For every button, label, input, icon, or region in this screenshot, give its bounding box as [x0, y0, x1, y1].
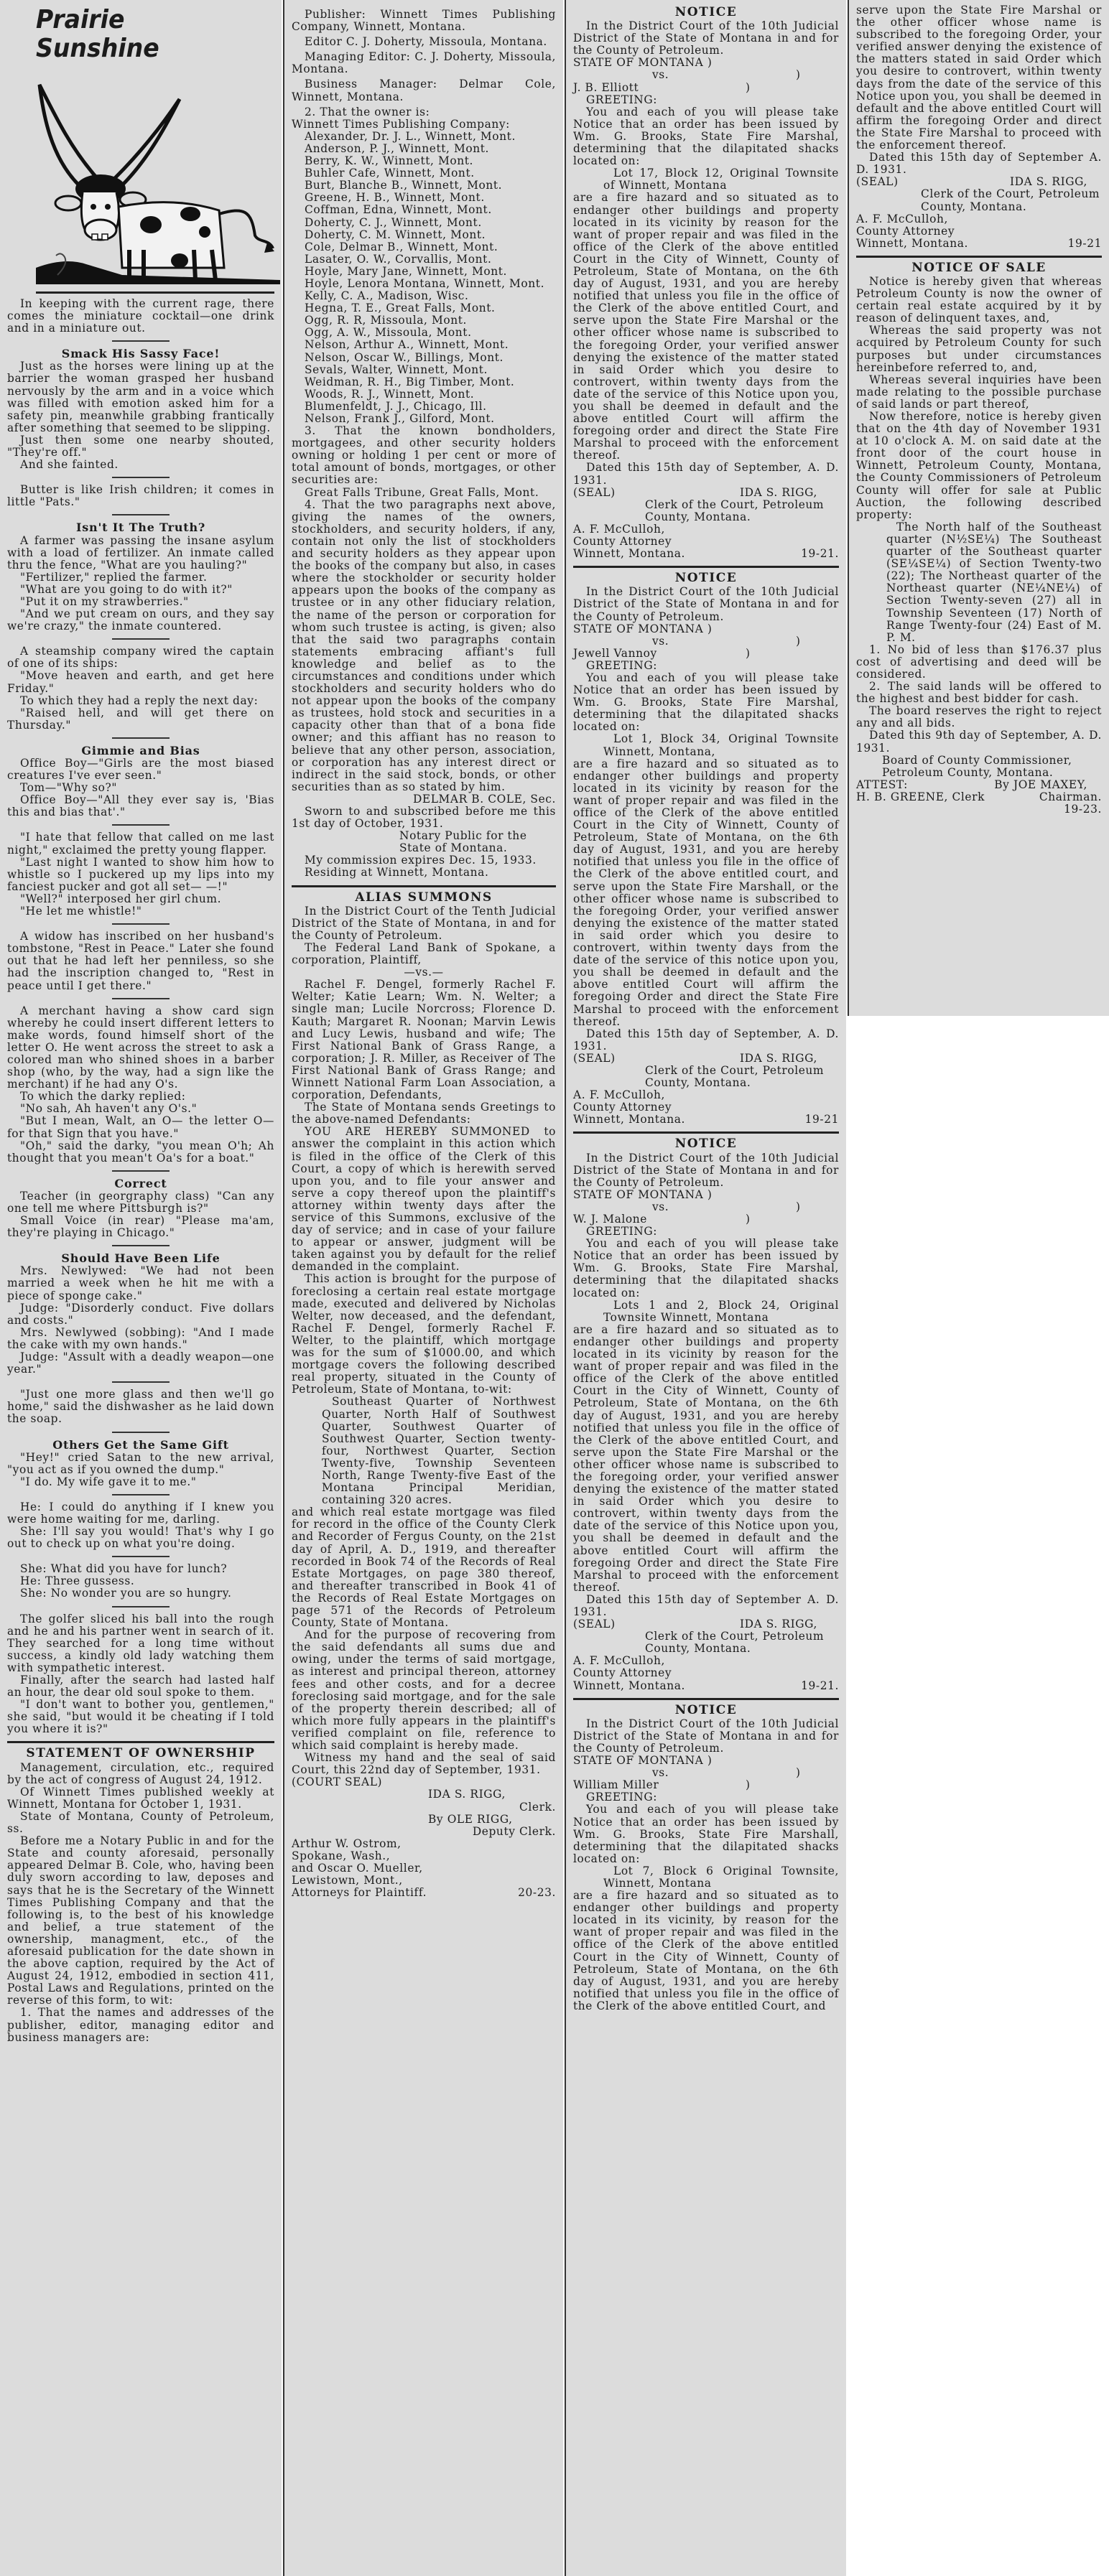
attorney-text: Spokane, Wash., — [292, 1850, 390, 1862]
heading-alias-summons: ALIAS SUMMONS — [292, 892, 556, 904]
owner-list-item: Doherty, C. M. Winnett, Mont. — [292, 229, 556, 241]
bracket: ) — [796, 1201, 801, 1213]
notice-4-city: Winnett, Montana. — [856, 238, 968, 250]
joke-lunch-p3: She: No wonder you are so hungry. — [7, 1587, 274, 1600]
joke-he-she-p2: She: I'll say you would! That's why I go… — [7, 1526, 274, 1550]
joke-gimmie-p2: Tom—"Why so?" — [7, 782, 274, 794]
notice-2-dated: Dated this 15th day of September, A. D. … — [573, 1028, 839, 1053]
attorney-line: Spokane, Wash., — [292, 1850, 556, 1862]
notice-2-run-code: 19-21 — [805, 1114, 839, 1126]
owner-list-item: Woods, R. J., Winnett, Mont. — [292, 388, 556, 401]
notice-3-city: Winnett, Montana. — [573, 1680, 685, 1692]
column-4: serve upon the State Fire Marshal or the… — [848, 0, 1109, 1016]
owner-list-item: Berry, K. W., Winnett, Mont. — [292, 155, 556, 167]
sale-attest: ATTEST: — [856, 779, 908, 791]
notice-1-title: NOTICE — [573, 6, 839, 19]
sale-dated: Dated this 9th day of September, A. D. 1… — [856, 729, 1102, 754]
joke-merchant-p3: "No sah, Ah haven't any O's." — [7, 1103, 274, 1115]
heading-should-have-been-life: Should Have Been Life — [7, 1252, 274, 1264]
divider — [112, 1381, 170, 1383]
notice-2-body-1: You and each of you will please take Not… — [573, 672, 839, 733]
notice-4-run-code: 19-21 — [1068, 238, 1102, 250]
sale-p3: Whereas several inquiries have been made… — [856, 374, 1102, 411]
notice-3-defendant-row: W. J. Malone) — [573, 1213, 839, 1226]
joke-correct-p2: Small Voice (in rear) "Please ma'am, the… — [7, 1215, 274, 1239]
owner-list-item: Alexander, Dr. J. L., Winnett, Mont. — [292, 131, 556, 143]
divider — [112, 1556, 170, 1557]
notice-4-footer: Winnett, Montana. 19-21 — [856, 238, 1102, 250]
notice-3-vs-row: vs.) — [573, 1201, 839, 1213]
notice-1-run-code: 19-21. — [801, 548, 839, 560]
owner-list-item: Hegna, T. E., Great Falls, Mont. — [292, 302, 556, 314]
summons-court: In the District Court of the Tenth Judic… — [292, 905, 556, 942]
bracket: ) — [796, 635, 801, 648]
notice-3-body-2: are a fire hazard and so situated as to … — [573, 1324, 839, 1594]
ownership-residing: Residing at Winnett, Montana. — [292, 867, 556, 879]
notice-2-body-2: are a fire hazard and so situated as to … — [573, 758, 839, 1028]
notice-4-greeting: GREETING: — [573, 1791, 839, 1803]
owner-list-item: Kelly, C. A., Madison, Wisc. — [292, 290, 556, 302]
joke-life-p3: Mrs. Newlywed (sobbing): "And I made the… — [7, 1327, 274, 1351]
notice-1-attorney-title: County Attorney — [573, 536, 839, 548]
joke-truth-p5: "And we put cream on ours, and they say … — [7, 608, 274, 633]
owner-list-item: Ogg, R. R, Missoula, Mont. — [292, 314, 556, 327]
attorney-line: and Oscar O. Mueller, — [292, 1862, 556, 1875]
ownership-p7: 4. That the two paragraphs next above, g… — [292, 499, 556, 793]
summons-seal: (COURT SEAL) — [292, 1776, 556, 1788]
joke-golf-p1: The golfer sliced his ball into the roug… — [7, 1613, 274, 1674]
notice-2-seal: (SEAL) — [573, 1053, 616, 1065]
owner-list-item: Blumenfeldt, J. J., Chicago, Ill. — [292, 401, 556, 413]
notice-2-seal-row: (SEAL)IDA S. RIGG, — [573, 1053, 839, 1065]
joke-widow: A widow has inscribed on her husband's t… — [7, 930, 274, 991]
notice-2-vs: vs. — [573, 635, 796, 648]
summons-defendants: Rachel F. Dengel, formerly Rachel F. Wel… — [292, 979, 556, 1101]
notice-4-continued: serve upon the State Fire Marshal or the… — [856, 4, 1102, 151]
notice-3-attorney: A. F. McCulloh, — [573, 1655, 839, 1667]
owner-list-item: Ogg, A. W., Missoula, Mont. — [292, 327, 556, 339]
owner-list-item: Nelson, Oscar W., Billings, Mont. — [292, 352, 556, 364]
notice-3-footer: Winnett, Montana.19-21. — [573, 1680, 839, 1692]
notice-4-clerk: IDA S. RIGG, — [1010, 176, 1087, 188]
notice-2-defendant: Jewell Vannoy — [573, 648, 746, 660]
notice-1-defendant-row: J. B. Elliott) — [573, 82, 839, 94]
divider — [112, 638, 170, 640]
bracket: ) — [796, 69, 801, 81]
notice-3-run-code: 19-21. — [801, 1680, 839, 1692]
joke-flapper-p1: "I hate that fellow that called on me la… — [7, 831, 274, 856]
joke-he-she-p1: He: I could do anything if I knew you we… — [7, 1501, 274, 1526]
joke-flapper-p3: "Well?" interposed her girl chum. — [7, 893, 274, 905]
notice-1-court: In the District Court of the 10th Judici… — [573, 20, 839, 57]
notice-1-defendant: J. B. Elliott — [573, 82, 746, 94]
owner-list-item: Burt, Blanche B., Winnett, Mont. — [292, 179, 556, 192]
joke-butter: Butter is like Irish children; it comes … — [7, 484, 274, 508]
notice-2-title: NOTICE — [573, 572, 839, 584]
bracket: ) — [796, 1767, 801, 1779]
notice-2-city: Winnett, Montana. — [573, 1114, 685, 1126]
joke-truth-p2: "Fertilizer," replied the farmer. — [7, 571, 274, 584]
notice-2: NOTICEIn the District Court of the 10th … — [573, 572, 839, 1134]
notice-3-clerk: IDA S. RIGG, — [740, 1618, 817, 1630]
joke-steamship-p2: "Move heaven and earth, and get here Fri… — [7, 670, 274, 694]
owner-list-item: Sevals, Walter, Winnett, Mont. — [292, 364, 556, 376]
notice-3-greeting: GREETING: — [573, 1226, 839, 1238]
owner-list-item: Anderson, P. J., Winnett, Mont. — [292, 143, 556, 155]
joke-golf-p2: Finally, after the search had lasted hal… — [7, 1674, 274, 1699]
notice-1-vs-row: vs.) — [573, 69, 839, 81]
divider — [573, 566, 839, 568]
notice-4-court: In the District Court of the 10th Judici… — [573, 1718, 839, 1755]
notice-2-court: In the District Court of the 10th Judici… — [573, 586, 839, 622]
bracket: ) — [746, 82, 751, 94]
notice-1-attorney: A. F. McCulloh, — [573, 523, 839, 536]
owner-list-item: Nelson, Arthur A., Winnett, Mont. — [292, 339, 556, 351]
summons-witness: Witness my hand and the seal of said Cou… — [292, 1752, 556, 1776]
ownership-signature: DELMAR B. COLE, Sec. — [292, 793, 556, 806]
ownership-commission: My commission expires Dec. 15, 1933. — [292, 854, 556, 867]
notice-3-title: NOTICE — [573, 1138, 839, 1150]
joke-cocktail: In keeping with the current rage, there … — [7, 298, 274, 335]
joke-merchant-p2: To which the darky replied: — [7, 1091, 274, 1103]
sale-chairman: Chairman. — [1039, 791, 1102, 803]
notice-1-dated: Dated this 15th day of September, A. D. … — [573, 462, 839, 486]
notice-4-state: STATE OF MONTANA ) — [573, 1755, 839, 1767]
notice-4-body-2: are a fire hazard and so situated as to … — [573, 1890, 839, 2012]
notice-3-vs: vs. — [573, 1201, 796, 1213]
notice-2-state: STATE OF MONTANA ) — [573, 623, 839, 635]
joke-truth-p3: "What are you going to do with it?" — [7, 584, 274, 596]
divider — [112, 1170, 170, 1172]
notice-3: NOTICEIn the District Court of the 10th … — [573, 1138, 839, 1699]
ownership-p5: 1. That the names and addresses of the p… — [7, 2007, 274, 2043]
joke-sassy-p2: Just then some one nearby shouted, "They… — [7, 434, 274, 459]
heading-truth: Isn't It The Truth? — [7, 521, 274, 533]
summons-clerk-name: IDA S. RIGG, — [292, 1788, 556, 1801]
notice-4-vs: vs. — [573, 1767, 796, 1779]
notice-2-attorney: A. F. McCulloh, — [573, 1089, 839, 1101]
sale-p2: Whereas the said property was not acquir… — [856, 325, 1102, 373]
divider — [112, 1606, 170, 1607]
heading-gimmie-bias: Gimmie and Bias — [7, 745, 274, 757]
owner-list-item: Hoyle, Lenora Montana, Winnett, Mont. — [292, 278, 556, 290]
joke-flapper-p2: "Last night I wanted to show him how to … — [7, 857, 274, 893]
divider — [112, 998, 170, 999]
sale-term-2: 2. The said lands will be offered to the… — [856, 681, 1102, 705]
summons-greetings: The State of Montana sends Greetings to … — [292, 1101, 556, 1126]
notice-3-attorney-title: County Attorney — [573, 1667, 839, 1679]
divider — [856, 256, 1102, 258]
notice-2-footer: Winnett, Montana.19-21 — [573, 1114, 839, 1126]
sale-run-code: 19-23. — [856, 803, 1102, 816]
notice-1-vs: vs. — [573, 69, 796, 81]
joke-lunch-p2: He: Three gussess. — [7, 1575, 274, 1587]
prairie-sunshine-title: Prairie Sunshine — [36, 6, 255, 63]
summons-run-code: 20-23. — [518, 1887, 556, 1899]
joke-merchant-p1: A merchant having a show card sign where… — [7, 1005, 274, 1091]
summons-deputy-title: Deputy Clerk. — [292, 1826, 556, 1838]
heading-notice-of-sale: NOTICE OF SALE — [856, 262, 1102, 274]
attorney-line: Lewistown, Mont., — [292, 1875, 556, 1887]
joke-truth-p4: "Put it on my strawberries." — [7, 596, 274, 608]
sale-board: Board of County Commissioner, Petroleum … — [856, 755, 1102, 779]
joke-lunch-p1: She: What did you have for lunch? — [7, 1563, 274, 1575]
divider — [112, 477, 170, 478]
notice-4-body-1: You and each of you will please take Not… — [573, 1803, 839, 1865]
divider — [7, 1741, 274, 1743]
summons-vs: —vs.— — [292, 966, 556, 979]
joke-golf-p3: "I don't want to bother you, gentlemen,"… — [7, 1699, 274, 1735]
notice-3-defendant: W. J. Malone — [573, 1213, 746, 1226]
joke-glass: "Just one more glass and then we'll go h… — [7, 1389, 274, 1425]
ownership-notary: Notary Public for the State of Montana. — [292, 830, 556, 854]
column-2: Publisher: Winnett Times Publishing Comp… — [283, 0, 563, 2576]
joke-steamship-p4: "Raised hell, and will get there on Thur… — [7, 707, 274, 732]
summons-recovering: And for the purpose of recovering from t… — [292, 1629, 556, 1752]
notice-4-seal: (SEAL) — [856, 176, 899, 188]
attorney-text: Attorneys for Plaintiff. — [292, 1887, 427, 1899]
attorney-line: Arthur W. Ostrom, — [292, 1838, 556, 1850]
column-1: Prairie Sunshine — [0, 0, 282, 2576]
joke-life-p2: Judge: "Disorderly conduct. Five dollars… — [7, 1302, 274, 1327]
notice-4-attorney-title: County Attorney — [856, 225, 1102, 238]
heading-sassy-face: Smack His Sassy Face! — [7, 347, 274, 360]
owner-list-item: Lasater, O. W., Corvallis, Mont. — [292, 253, 556, 266]
owner-list-item: Coffman, Edna, Winnett, Mont. — [292, 204, 556, 216]
heading-statement-of-ownership: STATEMENT OF OWNERSHIP — [7, 1747, 274, 1760]
ownership-managing-editor: Managing Editor: C. J. Doherty, Missoula… — [292, 51, 556, 75]
ownership-owner-intro: 2. That the owner is: — [292, 106, 556, 118]
divider — [112, 340, 170, 342]
notice-3-court: In the District Court of the 10th Judici… — [573, 1152, 839, 1189]
owner-list-item: Nelson, Frank J., Gilford, Mont. — [292, 413, 556, 425]
column-3: NOTICEIn the District Court of the 10th … — [565, 0, 846, 2576]
sale-by: By JOE MAXEY, — [994, 779, 1087, 791]
notice-3-seal: (SEAL) — [573, 1618, 616, 1630]
divider — [112, 514, 170, 515]
notice-4-defendant: William Miller — [573, 1779, 746, 1791]
notice-1-body-1: You and each of you will please take Not… — [573, 106, 839, 167]
notice-2-lot: Lot 1, Block 34, Original Townsite Winne… — [573, 733, 839, 757]
notice-2-clerk-title: Clerk of the Court, Petroleum County, Mo… — [573, 1065, 839, 1089]
notice-2-greeting: GREETING: — [573, 660, 839, 672]
sale-clerk-row: H. B. GREENE, Clerk Chairman. — [856, 791, 1102, 803]
sale-term-1: 1. No bid of less than $176.37 plus cost… — [856, 644, 1102, 681]
divider — [573, 1698, 839, 1700]
notice-3-clerk-title: Clerk of the Court, Petroleum County, Mo… — [573, 1630, 839, 1655]
summons-plaintiff: The Federal Land Bank of Spokane, a corp… — [292, 942, 556, 966]
ownership-p2: Of Winnett Times published weekly at Win… — [7, 1786, 274, 1811]
notice-1-seal-row: (SEAL)IDA S. RIGG, — [573, 487, 839, 499]
ownership-editor: Editor C. J. Doherty, Missoula, Montana. — [292, 36, 556, 48]
joke-truth-p1: A farmer was passing the insane asylum w… — [7, 535, 274, 571]
summons-clerk-title: Clerk. — [292, 1801, 556, 1814]
notice-1-clerk-title: Clerk of the Court, Petroleum County, Mo… — [573, 499, 839, 523]
notice-4-title: NOTICE — [573, 1704, 839, 1717]
joke-sassy-p1: Just as the horses were lining up at the… — [7, 360, 274, 434]
ownership-publisher: Publisher: Winnett Times Publishing Comp… — [292, 9, 556, 33]
notice-1: NOTICEIn the District Court of the 10th … — [573, 6, 839, 568]
notice-3-state: STATE OF MONTANA ) — [573, 1189, 839, 1201]
sale-p1: Notice is hereby given that whereas Petr… — [856, 276, 1102, 325]
sale-p4: Now therefore, notice is hereby given th… — [856, 411, 1102, 521]
notice-2-defendant-row: Jewell Vannoy) — [573, 648, 839, 660]
joke-life-p1: Mrs. Newlywed: "We had not been married … — [7, 1265, 274, 1302]
owner-list-item: Cole, Delmar B., Winnett, Mont. — [292, 241, 556, 253]
divider — [573, 1131, 839, 1134]
notice-4-defendant-row: William Miller) — [573, 1779, 839, 1791]
ownership-business-manager: Business Manager: Delmar Cole, Winnett, … — [292, 78, 556, 103]
bracket: ) — [746, 648, 751, 660]
ownership-p4: Before me a Notary Public in and for the… — [7, 1835, 274, 2007]
summons-summoned: YOU ARE HEREBY SUMMONED to answer the co… — [292, 1126, 556, 1273]
sale-attest-row: ATTEST: By JOE MAXEY, — [856, 779, 1102, 791]
divider — [112, 737, 170, 739]
joke-merchant-p4: "But I mean, Walt, an O— the letter O— f… — [7, 1115, 274, 1139]
joke-gift-p1: "Hey!" cried Satan to the new arrival, "… — [7, 1452, 274, 1476]
ownership-owner-company: Winnett Times Publishing Company: — [292, 118, 556, 131]
notice-3-body-1: You and each of you will please take Not… — [573, 1238, 839, 1299]
summons-purpose: This action is brought for the purpose o… — [292, 1273, 556, 1396]
attorney-text: Arthur W. Ostrom, — [292, 1838, 402, 1850]
ownership-bondholder: Great Falls Tribune, Great Falls, Mont. — [292, 487, 556, 499]
summons-attorneys: Arthur W. Ostrom,Spokane, Wash.,and Osca… — [292, 1838, 556, 1899]
sale-clerk: H. B. GREENE, Clerk — [856, 791, 985, 803]
heading-correct: Correct — [7, 1177, 274, 1190]
attorney-text: Lewistown, Mont., — [292, 1875, 403, 1887]
divider — [112, 923, 170, 925]
joke-sassy-p3: And she fainted. — [7, 459, 274, 471]
joke-gimmie-p1: Office Boy—"Girls are the most biased cr… — [7, 757, 274, 782]
notice-1-seal: (SEAL) — [573, 487, 616, 499]
attorney-text: and Oscar O. Mueller, — [292, 1862, 423, 1875]
longhorn-cow-cartoon-icon — [36, 70, 280, 286]
ownership-p6: 3. That the known bondholders, mortgagee… — [292, 425, 556, 486]
notice-1-greeting: GREETING: — [573, 94, 839, 106]
summons-deputy-name: By OLE RIGG, — [292, 1814, 556, 1826]
notice-1-clerk: IDA S. RIGG, — [740, 487, 817, 499]
notice-4-vs-row: vs.) — [573, 1767, 839, 1779]
notice-2-attorney-title: County Attorney — [573, 1101, 839, 1114]
notice-1-lot: Lot 17, Block 12, Original Townsite of W… — [573, 167, 839, 192]
joke-merchant-p5: "Oh," said the darky, "you mean O'h; Ah … — [7, 1140, 274, 1165]
notice-4-lot: Lot 7, Block 6 Original Townsite, Winnet… — [573, 1865, 839, 1890]
joke-gift-p2: "I do. My wife gave it to me." — [7, 1476, 274, 1488]
divider — [112, 1494, 170, 1495]
sale-property: The North half of the Southeast quarter … — [856, 521, 1102, 644]
owner-list-item: Hoyle, Mary Jane, Winnett, Mont. — [292, 266, 556, 278]
owners-list: Alexander, Dr. J. L., Winnett, Mont.Ande… — [292, 131, 556, 425]
notice-2-clerk: IDA S. RIGG, — [740, 1053, 817, 1065]
divider — [292, 885, 556, 887]
owner-list-item: Doherty, C. J., Winnett, Mont. — [292, 217, 556, 229]
notice-3-seal-row: (SEAL)IDA S. RIGG, — [573, 1618, 839, 1630]
notices-column-3: NOTICEIn the District Court of the 10th … — [573, 6, 839, 2012]
notice-1-body-2: are a fire hazard and so situated as to … — [573, 192, 839, 462]
ownership-p1: Management, circulation, etc., required … — [7, 1762, 274, 1786]
notice-1-city: Winnett, Montana. — [573, 548, 685, 560]
notice-1-state: STATE OF MONTANA ) — [573, 57, 839, 69]
heading-same-gift: Others Get the Same Gift — [7, 1439, 274, 1451]
ownership-p3: State of Montana, County of Petroleum, s… — [7, 1811, 274, 1835]
notice-4: NOTICEIn the District Court of the 10th … — [573, 1704, 839, 2012]
summons-recorded: and which real estate mortgage was filed… — [292, 1506, 556, 1629]
summons-property: Southeast Quarter of Northwest Quarter, … — [292, 1396, 556, 1506]
joke-flapper-p4: "He let me whistle!" — [7, 905, 274, 918]
joke-correct-p1: Teacher (in georgraphy class) "Can any o… — [7, 1190, 274, 1215]
divider — [112, 1245, 170, 1246]
joke-steamship-p3: To which they had a reply the next day: — [7, 695, 274, 707]
notice-3-dated: Dated this 15th day of September A. D. 1… — [573, 1594, 839, 1618]
notice-4-clerk-title: Clerk of the Court, Petroleum County, Mo… — [856, 188, 1102, 213]
notice-1-footer: Winnett, Montana.19-21. — [573, 548, 839, 560]
owner-list-item: Buhler Cafe, Winnett, Mont. — [292, 167, 556, 179]
notice-2-vs-row: vs.) — [573, 635, 839, 648]
divider — [112, 824, 170, 826]
divider — [112, 1432, 170, 1433]
divider — [36, 291, 274, 294]
joke-steamship-p1: A steamship company wired the captain of… — [7, 645, 274, 670]
notice-3-lot: Lots 1 and 2, Block 24, Original Townsit… — [573, 1299, 839, 1324]
attorney-line: Attorneys for Plaintiff.20-23. — [292, 1887, 556, 1899]
notice-4-attorney: A. F. McCulloh, — [856, 213, 1102, 225]
sale-reserve: The board reserves the right to reject a… — [856, 705, 1102, 729]
notice-4-dated: Dated this 15th day of September A. D. 1… — [856, 151, 1102, 176]
owner-list-item: Greene, H. B., Winnett, Mont. — [292, 192, 556, 204]
owner-list-item: Weidman, R. H., Big Timber, Mont. — [292, 376, 556, 388]
joke-life-p4: Judge: "Assult with a deadly weapon—one … — [7, 1351, 274, 1376]
ownership-sworn: Sworn to and subscribed before me this 1… — [292, 806, 556, 830]
bracket: ) — [746, 1779, 751, 1791]
notice-4-seal-row: (SEAL) IDA S. RIGG, — [856, 176, 1102, 188]
joke-gimmie-p3: Office Boy—"All they ever say is, 'Bias … — [7, 794, 274, 818]
bracket: ) — [746, 1213, 751, 1226]
